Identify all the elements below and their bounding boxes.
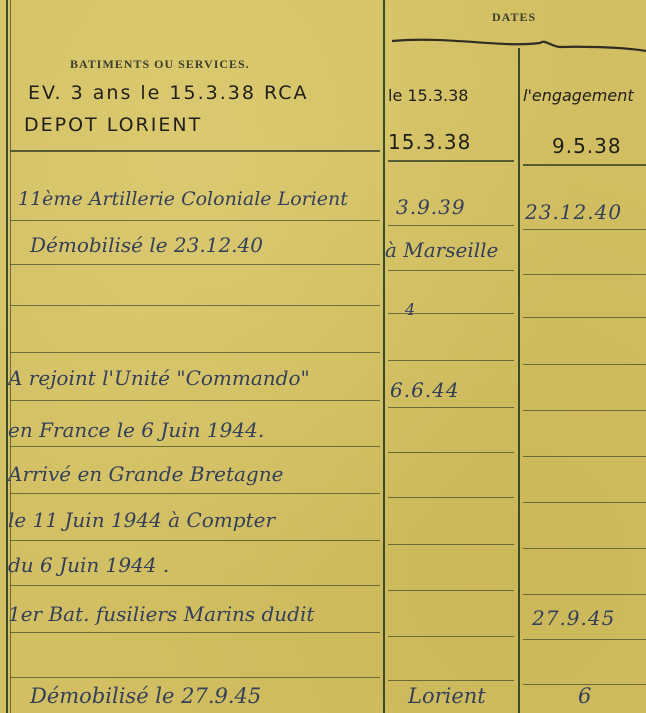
- entry-enlistment-to: l'engagement: [523, 86, 634, 105]
- row-rule-date: [388, 160, 514, 162]
- row-rule: [10, 677, 380, 678]
- row-rule: [10, 632, 380, 633]
- row-rule-date: [388, 270, 514, 271]
- row-rule: [10, 150, 380, 152]
- header-dates: DATES: [492, 10, 536, 25]
- row-rule-date: [523, 594, 646, 595]
- row-rule: [10, 540, 380, 541]
- row-rule-date: [523, 548, 646, 549]
- row-rule: [10, 585, 380, 586]
- row-rule-date: [388, 360, 514, 361]
- row-rule-date: [388, 497, 514, 498]
- entry-fusiliers-marins-to: 27.9.45: [532, 606, 615, 630]
- row-rule: [10, 352, 380, 353]
- entry-rejoint-commando: A rejoint l'Unité "Commando": [8, 366, 310, 390]
- row-rule-date: [523, 164, 646, 166]
- entry-artillerie-to: 23.12.40: [525, 200, 622, 224]
- row-rule-date: [523, 317, 646, 318]
- row-rule-date: [388, 452, 514, 453]
- entry-enlistment: EV. 3 ans le 15.3.38 RCA: [28, 82, 308, 104]
- row-rule: [10, 220, 380, 221]
- entry-le-11-juin: le 11 Juin 1944 à Compter: [8, 508, 275, 532]
- entry-depot-from: 15.3.38: [388, 130, 471, 154]
- row-rule-date: [523, 364, 646, 365]
- row-rule: [10, 493, 380, 494]
- entry-demobilise-1945-to: 6: [578, 684, 591, 708]
- row-rule: [10, 264, 380, 265]
- entry-en-france: en France le 6 Juin 1944.: [8, 418, 264, 442]
- entry-enlistment-from: le 15.3.38: [388, 86, 468, 105]
- entry-artillerie-from: 3.9.39: [396, 195, 466, 219]
- entry-demobilise-1940: Démobilisé le 23.12.40: [30, 233, 263, 257]
- row-rule-date: [388, 680, 514, 681]
- row-rule-date: [523, 502, 646, 503]
- row-rule-date: [523, 274, 646, 275]
- row-rule-date: [388, 225, 514, 226]
- entry-artillerie: 11ème Artillerie Coloniale Lorient: [18, 188, 348, 210]
- row-rule-date: [523, 229, 646, 230]
- row-rule-date: [523, 456, 646, 457]
- row-rule-date: [388, 590, 514, 591]
- entry-depot-lorient: DEPOT LORIENT: [24, 114, 202, 136]
- entry-du-6-juin: du 6 Juin 1944 .: [8, 553, 169, 577]
- row-rule: [10, 305, 380, 306]
- column-divider-dates: [518, 48, 520, 713]
- entry-mark: 4: [405, 300, 415, 319]
- entry-rejoint-commando-from: 6.6.44: [390, 378, 460, 402]
- entry-demobilise-1945-from: Lorient: [408, 684, 486, 708]
- row-rule-date: [523, 639, 646, 640]
- row-rule-date: [388, 544, 514, 545]
- dates-header-rule: [390, 34, 646, 54]
- entry-demobilise-1940-place: à Marseille: [385, 238, 498, 262]
- row-rule-date: [388, 407, 514, 408]
- header-batiments-ou-services: BATIMENTS OU SERVICES.: [70, 57, 250, 72]
- entry-arrive-gb: Arrivé en Grande Bretagne: [8, 462, 283, 486]
- entry-depot-to: 9.5.38: [552, 134, 622, 158]
- entry-fusiliers-marins: 1er Bat. fusiliers Marins dudit: [8, 602, 314, 626]
- entry-demobilise-1945: Démobilisé le 27.9.45: [30, 684, 261, 708]
- column-divider-services: [383, 0, 385, 713]
- row-rule-date: [523, 410, 646, 411]
- row-rule: [10, 400, 380, 401]
- row-rule-date: [388, 636, 514, 637]
- row-rule: [10, 446, 380, 447]
